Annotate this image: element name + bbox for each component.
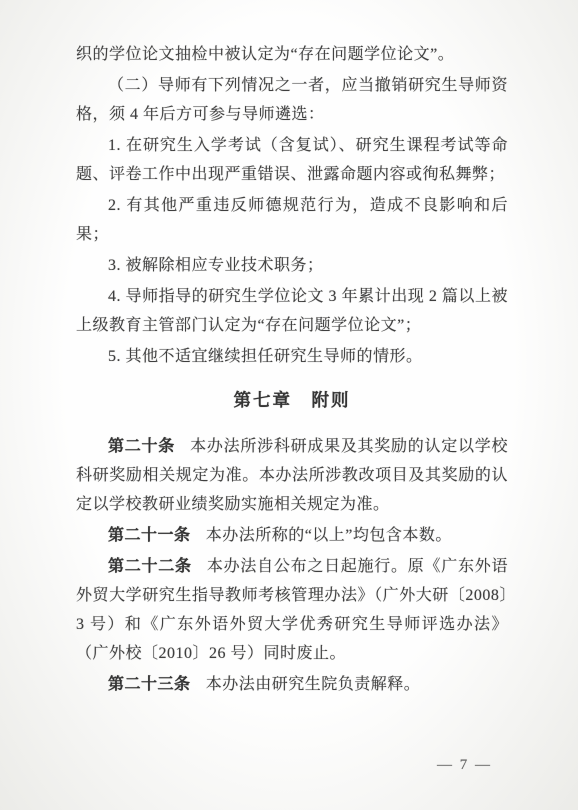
page-number: — 7 — bbox=[437, 757, 492, 774]
article-20: 第二十条本办法所涉科研成果及其奖励的认定以学校科研奖励相关规定为准。本办法所涉教… bbox=[76, 432, 508, 519]
article-20-term: 第二十条 bbox=[108, 438, 175, 455]
article-23-term: 第二十三条 bbox=[108, 676, 191, 693]
paragraph-continuation: 织的学位论文抽检中被认定为“存在问题学位论文”。 bbox=[76, 40, 508, 69]
paragraph-clause-2: （二）导师有下列情况之一者，应当撤销研究生导师资格，须 4 年后方可参与导师遴选… bbox=[76, 71, 508, 129]
article-21: 第二十一条本办法所称的“以上”均包含本数。 bbox=[76, 521, 508, 550]
list-item-3: 3. 被解除相应专业技术职务； bbox=[76, 251, 508, 280]
article-22: 第二十二条本办法自公布之日起施行。原《广东外语外贸大学研究生指导教师考核管理办法… bbox=[76, 552, 508, 668]
chapter-heading: 第七章 附则 bbox=[76, 386, 508, 415]
list-item-1: 1. 在研究生入学考试（含复试）、研究生课程考试等命题、评卷工作中出现严重错误、… bbox=[76, 131, 508, 189]
list-item-2: 2. 有其他严重违反师德规范行为，造成不良影响和后果； bbox=[76, 191, 508, 249]
article-21-text: 本办法所称的“以上”均包含本数。 bbox=[206, 527, 452, 544]
document-page: 织的学位论文抽检中被认定为“存在问题学位论文”。 （二）导师有下列情况之一者，应… bbox=[0, 0, 578, 810]
article-22-term: 第二十二条 bbox=[108, 558, 192, 575]
article-23-text: 本办法由研究生院负责解释。 bbox=[206, 676, 421, 693]
article-23: 第二十三条本办法由研究生院负责解释。 bbox=[76, 670, 508, 699]
document-body: 织的学位论文抽检中被认定为“存在问题学位论文”。 （二）导师有下列情况之一者，应… bbox=[76, 40, 508, 701]
list-item-5: 5. 其他不适宜继续担任研究生导师的情形。 bbox=[76, 342, 508, 371]
list-item-4: 4. 导师指导的研究生学位论文 3 年累计出现 2 篇以上被上级教育主管部门认定… bbox=[76, 282, 508, 340]
article-21-term: 第二十一条 bbox=[108, 527, 191, 544]
